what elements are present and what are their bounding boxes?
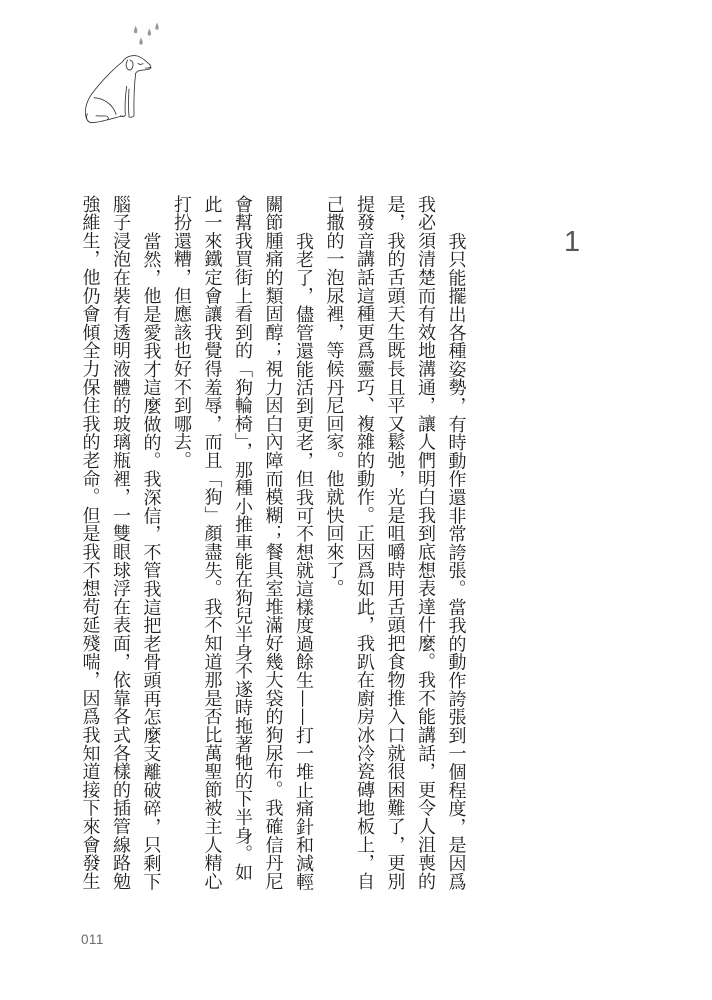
text-column: 提發音講話這種更爲靈巧、複雜的動作。正因爲如此，我趴在廚房冰冷瓷磚地板上，自 (349, 195, 380, 895)
chapter-number: 1 (564, 228, 580, 257)
paragraph-3: 當然，他是愛我才這麼做的。我深信，不管我這把老骨頭再怎麼支離破碎，只剩下 腦子浸… (74, 195, 166, 895)
paragraph-2: 我老了，儘管還能活到更老，但我可不想就這樣度過餘生——打一堆止痛針和減輕 關節腫… (166, 195, 319, 895)
text-column: 當然，他是愛我才這麼做的。我深信，不管我這把老骨頭再怎麼支離破碎，只剩下 (135, 195, 166, 895)
paragraph-1: 我只能擺出各種姿勢，有時動作還非常誇張。當我的動作誇張到一個程度，是因爲 我必須… (318, 195, 471, 895)
body-text: 我只能擺出各種姿勢，有時動作還非常誇張。當我的動作誇張到一個程度，是因爲 我必須… (74, 195, 471, 895)
text-column: 打扮還糟，但應該也好不到哪去。 (166, 195, 197, 895)
text-column: 關節腫痛的類固醇；視力因白內障而模糊；餐具室堆滿好幾大袋的狗尿布。我確信丹尼 (257, 195, 288, 895)
text-column: 我只能擺出各種姿勢，有時動作還非常誇張。當我的動作誇張到一個程度，是因爲 (440, 195, 471, 895)
text-column: 是，我的舌頭天生既長且平又鬆弛，光是咀嚼時用舌頭把食物推入口就很困難了，更別 (379, 195, 410, 895)
text-column: 腦子浸泡在裝有透明液體的玻璃瓶裡，一雙眼球浮在表面，依靠各式各樣的插管線路勉 (105, 195, 136, 895)
text-column: 此一來鐵定會讓我覺得羞辱，而且「狗」顏盡失。我不知道那是否比萬聖節被主人精心 (196, 195, 227, 895)
sitting-dog-in-rain-icon (70, 15, 180, 125)
text-column: 會幫我買街上看到的「狗輪椅」，那種小推車能在狗兒半身不遂時拖著牠的下半身。如 (227, 195, 258, 895)
text-column: 強維生，他仍會傾全力保住我的老命。但是我不想苟延殘喘，因爲我知道接下來會發生 (74, 195, 105, 895)
text-column: 我必須清楚而有效地溝通，讓人們明白我到底想表達什麼。我不能講話，更令人沮喪的 (410, 195, 441, 895)
raindrops-icon (134, 22, 159, 44)
page-number: 011 (81, 933, 104, 947)
text-column: 我老了，儘管還能活到更老，但我可不想就這樣度過餘生——打一堆止痛針和減輕 (288, 195, 319, 895)
book-page: 1 我只能擺出各種姿勢，有時動作還非常誇張。當我的動作誇張到一個程度，是因爲 我… (0, 0, 712, 1000)
text-column: 己撒的一泡尿裡，等候丹尼回家。他就快回來了。 (318, 195, 349, 895)
